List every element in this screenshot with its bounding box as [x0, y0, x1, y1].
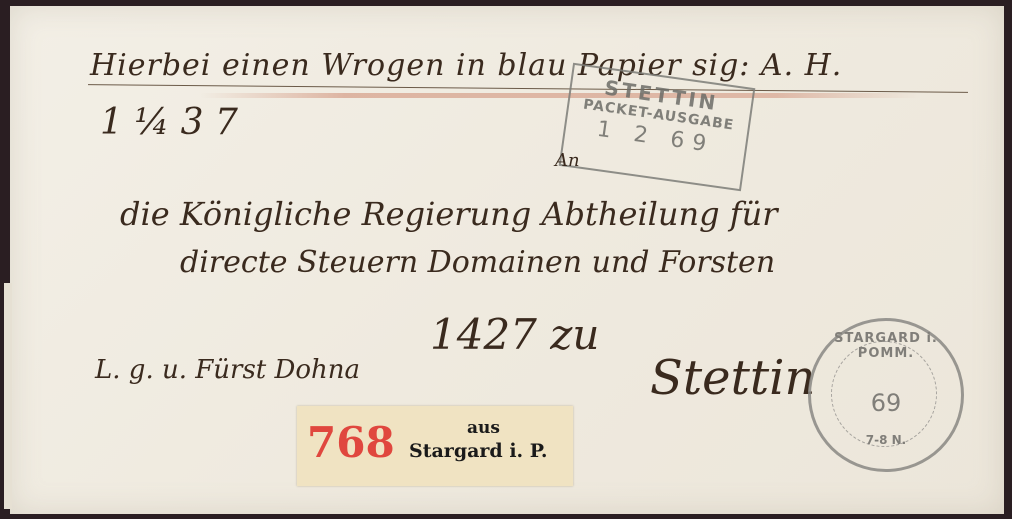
- label-aus: aus: [467, 418, 500, 438]
- postmark-year: 69: [811, 389, 961, 417]
- stargard-postmark: STARGARD i. POMM. 69 7-8 N.: [808, 318, 964, 472]
- postmark-time: 7-8 N.: [811, 433, 961, 447]
- handwritten-an: An: [555, 150, 580, 171]
- registration-mark: 1427 zu: [430, 310, 599, 359]
- postmark-town: STARGARD i. POMM.: [811, 331, 961, 361]
- addressee-line-2: directe Steuern Domainen und Forsten: [180, 245, 775, 280]
- paper-fold: [4, 283, 12, 509]
- registration-label: 768 aus Stargard i. P.: [297, 406, 573, 486]
- handwritten-header: Hierbei einen Wrogen in blau Papier sig:…: [90, 48, 842, 83]
- red-crayon-line: [200, 93, 920, 98]
- sender-note: L. g. u. Fürst Dohna: [95, 355, 360, 385]
- addressee-line-1: die Königliche Regierung Abtheilung für: [120, 195, 778, 233]
- label-place: Stargard i. P.: [409, 440, 548, 462]
- label-number: 768: [307, 418, 395, 467]
- handwritten-number: 1 ¼ 3 7: [100, 102, 238, 143]
- destination-city: Stettin: [650, 350, 815, 406]
